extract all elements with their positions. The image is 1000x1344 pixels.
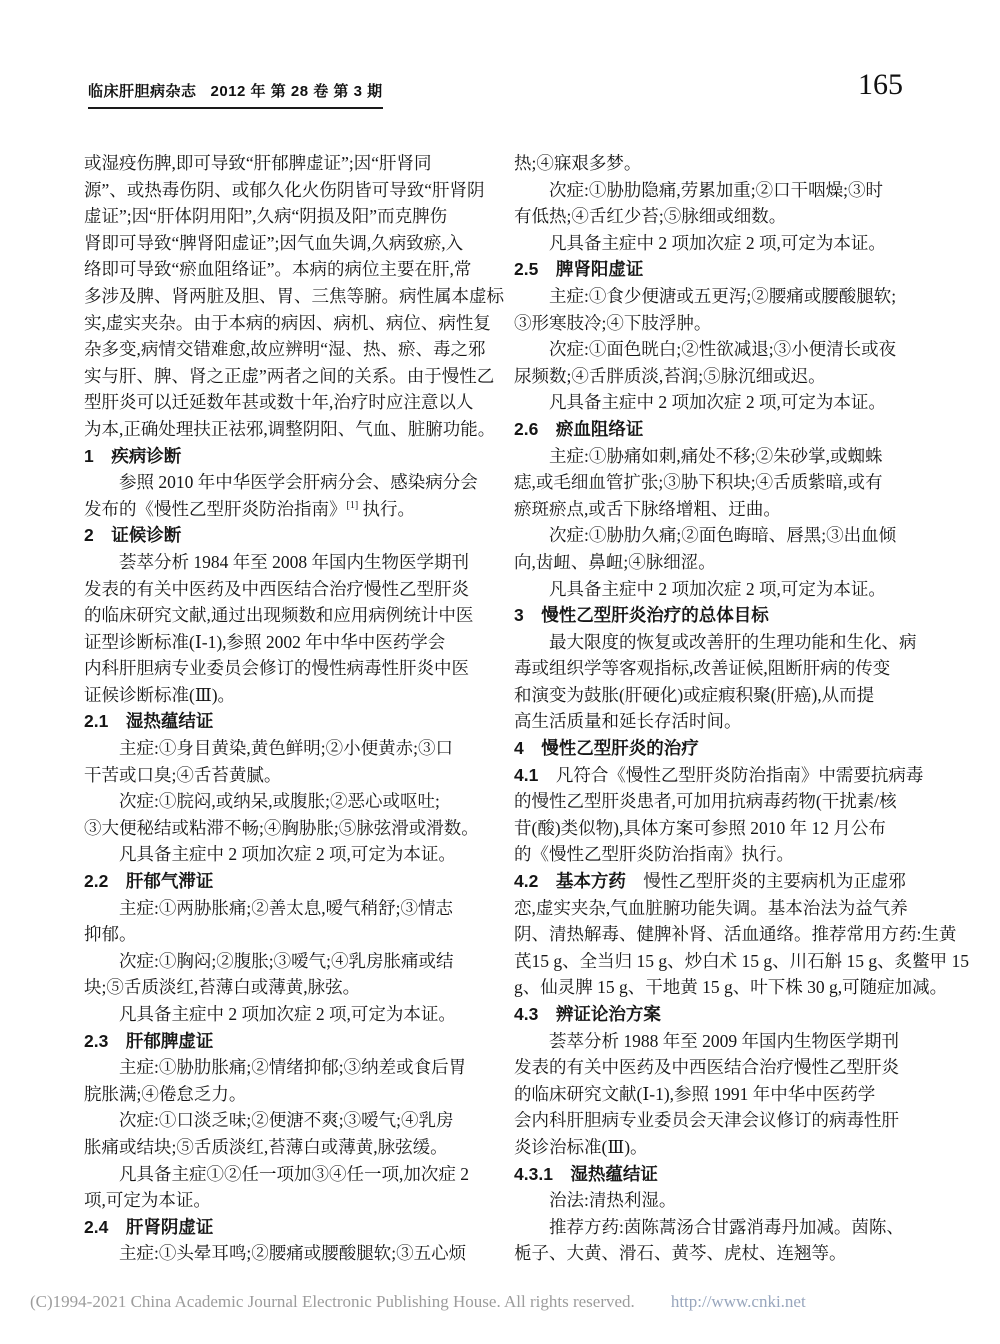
text-line: 发表的有关中医药及中西医结合治疗慢性乙型肝炎	[514, 1054, 930, 1081]
text-line: 发表的有关中医药及中西医结合治疗慢性乙型肝炎	[84, 576, 500, 603]
section-heading: 3 慢性乙型肝炎治疗的总体目标	[514, 602, 930, 629]
text-line: 项,可定为本证。	[84, 1187, 500, 1214]
text-line: 证型诊断标准(Ⅰ-1),参照 2002 年中华中医药学会	[84, 629, 500, 656]
section-heading: 2.6 瘀血阻络证	[514, 416, 930, 443]
text-line: 主症:①头晕耳鸣;②腰痛或腰酸腿软;③五心烦	[84, 1240, 500, 1267]
text-line: 尿频数;④舌胖质淡,苔润;⑤脉沉细或迟。	[514, 363, 930, 390]
text-line: 参照 2010 年中华医学会肝病分会、感染病分会	[84, 469, 500, 496]
text-line: 主症:①胁痛如刺,痛处不移;②朱砂掌,或蜘蛛	[514, 443, 930, 470]
section-heading: 2.1 湿热蕴结证	[84, 708, 500, 735]
text-line: 苷(酸)类似物),具体方案可参照 2010 年 12 月公布	[514, 815, 930, 842]
text-line: 主症:①两胁胀痛;②善太息,嗳气稍舒;③情志	[84, 895, 500, 922]
text-line: 和演变为鼓胀(肝硬化)或症瘕积聚(肝癌),从而提	[514, 682, 930, 709]
text-line: 块;⑤舌质淡红,苔薄白或薄黄,脉弦。	[84, 974, 500, 1001]
text-line: 荟萃分析 1988 年至 2009 年国内生物医学期刊	[514, 1028, 930, 1055]
text-line: 热;④寐艰多梦。	[514, 150, 930, 177]
page-footer: (C)1994-2021 China Academic Journal Elec…	[30, 1292, 970, 1312]
text-line: 荟萃分析 1984 年至 2008 年国内生物医学期刊	[84, 549, 500, 576]
text-line: 或湿疫伤脾,即可导致“肝郁脾虚证”;因“肝肾同	[84, 150, 500, 177]
text-line: 向,齿衄、鼻衄;④脉细涩。	[514, 549, 930, 576]
text-line: 推荐方药:茵陈蒿汤合甘露消毒丹加减。茵陈、	[514, 1214, 930, 1241]
section-heading: 4.3 辨证论治方案	[514, 1001, 930, 1028]
text-line: 栀子、大黄、滑石、黄芩、虎杖、连翘等。	[514, 1240, 930, 1267]
text-line: 的慢性乙型肝炎患者,可加用抗病毒药物(干扰素/核	[514, 788, 930, 815]
section-heading: 2.2 肝郁气滞证	[84, 868, 500, 895]
text-line: 次症:①胁肋隐痛,劳累加重;②口干咽燥;③时	[514, 177, 930, 204]
text-line: g、仙灵脾 15 g、干地黄 15 g、叶下株 30 g,可随症加减。	[514, 974, 930, 1001]
text-line: 凡具备主症中 2 项加次症 2 项,可定为本证。	[514, 230, 930, 257]
text-line: 次症:①胸闷;②腹胀;③嗳气;④乳房胀痛或结	[84, 948, 500, 975]
text-line: 源”、或热毒伤阴、或郁久化火伤阴皆可导致“肝肾阴	[84, 177, 500, 204]
text-line: 虚证”;因“肝体阴用阳”,久病“阴损及阳”而克脾伤	[84, 203, 500, 230]
text-line: 次症:①面色晄白;②性欲减退;③小便清长或夜	[514, 336, 930, 363]
text-line: 阴、清热解毒、健脾补肾、活血通络。推荐常用方药:生黄	[514, 921, 930, 948]
text-line: 恋,虚实夹杂,气血脏腑功能失调。基本治法为益气养	[514, 895, 930, 922]
text-line: 发布的《慢性乙型肝炎防治指南》[1] 执行。	[84, 496, 500, 523]
text-line: 干苦或口臭;④舌苔黄腻。	[84, 762, 500, 789]
text-line: 实,虚实夹杂。由于本病的病因、病机、病位、病性复	[84, 310, 500, 337]
section-heading: 2.4 肝肾阴虚证	[84, 1214, 500, 1241]
text-line: 治法:清热利湿。	[514, 1187, 930, 1214]
text-line: 会内科肝胆病专业委员会天津会议修订的病毒性肝	[514, 1107, 930, 1134]
text-line: 4.2 基本方药 慢性乙型肝炎的主要病机为正虚邪	[514, 868, 930, 895]
text-line: ③形寒肢冷;④下肢浮肿。	[514, 310, 930, 337]
text-line: 为本,正确处理扶正祛邪,调整阴阳、气血、脏腑功能。	[84, 416, 500, 443]
text-line: 的《慢性乙型肝炎防治指南》执行。	[514, 841, 930, 868]
text-line: 最大限度的恢复或改善肝的生理功能和生化、病	[514, 629, 930, 656]
text-line: ③大便秘结或粘滞不畅;④胸胁胀;⑤脉弦滑或滑数。	[84, 815, 500, 842]
text-line: 肾即可导致“脾肾阳虚证”;因气血失调,久病致瘀,入	[84, 230, 500, 257]
text-line: 次症:①脘闷,或纳呆,或腹胀;②恶心或呕吐;	[84, 788, 500, 815]
text-line: 炎诊治标准(Ⅲ)。	[514, 1134, 930, 1161]
text-line: 主症:①食少便溏或五更泻;②腰痛或腰酸腿软;	[514, 283, 930, 310]
journal-title: 临床肝胆病杂志	[88, 83, 197, 100]
text-line: 有低热;④舌红少苔;⑤脉细或细数。	[514, 203, 930, 230]
text-line: 络即可导致“瘀血阻络证”。本病的病位主要在肝,常	[84, 256, 500, 283]
text-line: 型肝炎可以迁延数年甚或数十年,治疗时应注意以人	[84, 389, 500, 416]
text-line: 芪15 g、全当归 15 g、炒白术 15 g、川石斛 15 g、炙鳖甲 15	[514, 948, 930, 975]
text-line: 高生活质量和延长存活时间。	[514, 708, 930, 735]
column-left: 或湿疫伤脾,即可导致“肝郁脾虚证”;因“肝肾同源”、或热毒伤阴、或郁久化火伤阴皆…	[84, 150, 500, 1267]
page-number: 165	[858, 68, 903, 102]
journal-issue-info: 2012 年 第 28 卷 第 3 期	[211, 83, 383, 100]
text-line: 次症:①口淡乏味;②便溏不爽;③嗳气;④乳房	[84, 1107, 500, 1134]
text-line: 脘胀满;④倦怠乏力。	[84, 1081, 500, 1108]
section-heading: 1 疾病诊断	[84, 443, 500, 470]
text-line: 主症:①胁肋胀痛;②情绪抑郁;③纳差或食后胃	[84, 1054, 500, 1081]
text-line: 凡具备主症①②任一项加③④任一项,加次症 2	[84, 1161, 500, 1188]
text-line: 内科肝胆病专业委员会修订的慢性病毒性肝炎中医	[84, 655, 500, 682]
text-line: 主症:①身目黄染,黄色鲜明;②小便黄赤;③口	[84, 735, 500, 762]
text-line: 证候诊断标准(Ⅲ)。	[84, 682, 500, 709]
text-line: 凡具备主症中 2 项加次症 2 项,可定为本证。	[84, 1001, 500, 1028]
section-heading: 2.5 脾肾阳虚证	[514, 256, 930, 283]
section-heading: 4 慢性乙型肝炎的治疗	[514, 735, 930, 762]
text-line: 胀痛或结块;⑤舌质淡红,苔薄白或薄黄,脉弦缓。	[84, 1134, 500, 1161]
column-right: 热;④寐艰多梦。次症:①胁肋隐痛,劳累加重;②口干咽燥;③时有低热;④舌红少苔;…	[514, 150, 930, 1267]
cnki-url[interactable]: http://www.cnki.net	[671, 1292, 806, 1311]
text-line: 的临床研究文献,通过出现频数和应用病例统计中医	[84, 602, 500, 629]
text-line: 凡具备主症中 2 项加次症 2 项,可定为本证。	[84, 841, 500, 868]
section-heading: 2.3 肝郁脾虚证	[84, 1028, 500, 1055]
text-line: 痣,或毛细血管扩张;③胁下积块;④舌质紫暗,或有	[514, 469, 930, 496]
section-heading: 4.3.1 湿热蕴结证	[514, 1161, 930, 1188]
section-heading: 2 证候诊断	[84, 522, 500, 549]
text-line: 的临床研究文献(Ⅰ-1),参照 1991 年中华中医药学	[514, 1081, 930, 1108]
text-line: 毒或组织学等客观指标,改善证候,阻断肝病的传变	[514, 655, 930, 682]
text-line: 4.1 凡符合《慢性乙型肝炎防治指南》中需要抗病毒	[514, 762, 930, 789]
text-line: 抑郁。	[84, 921, 500, 948]
text-line: 多涉及脾、肾两脏及胆、胃、三焦等腑。病性属本虚标	[84, 283, 500, 310]
text-line: 杂多变,病情交错难愈,故应辨明“湿、热、瘀、毒之邪	[84, 336, 500, 363]
text-line: 次症:①胁肋久痛;②面色晦暗、唇黑;③出血倾	[514, 522, 930, 549]
journal-header: 临床肝胆病杂志2012 年 第 28 卷 第 3 期	[88, 80, 383, 109]
text-line: 凡具备主症中 2 项加次症 2 项,可定为本证。	[514, 389, 930, 416]
text-line: 凡具备主症中 2 项加次症 2 项,可定为本证。	[514, 576, 930, 603]
text-line: 实与肝、脾、肾之正虚”两者之间的关系。由于慢性乙	[84, 363, 500, 390]
text-line: 瘀斑瘀点,或舌下脉络增粗、迂曲。	[514, 496, 930, 523]
copyright-text: (C)1994-2021 China Academic Journal Elec…	[30, 1292, 635, 1311]
